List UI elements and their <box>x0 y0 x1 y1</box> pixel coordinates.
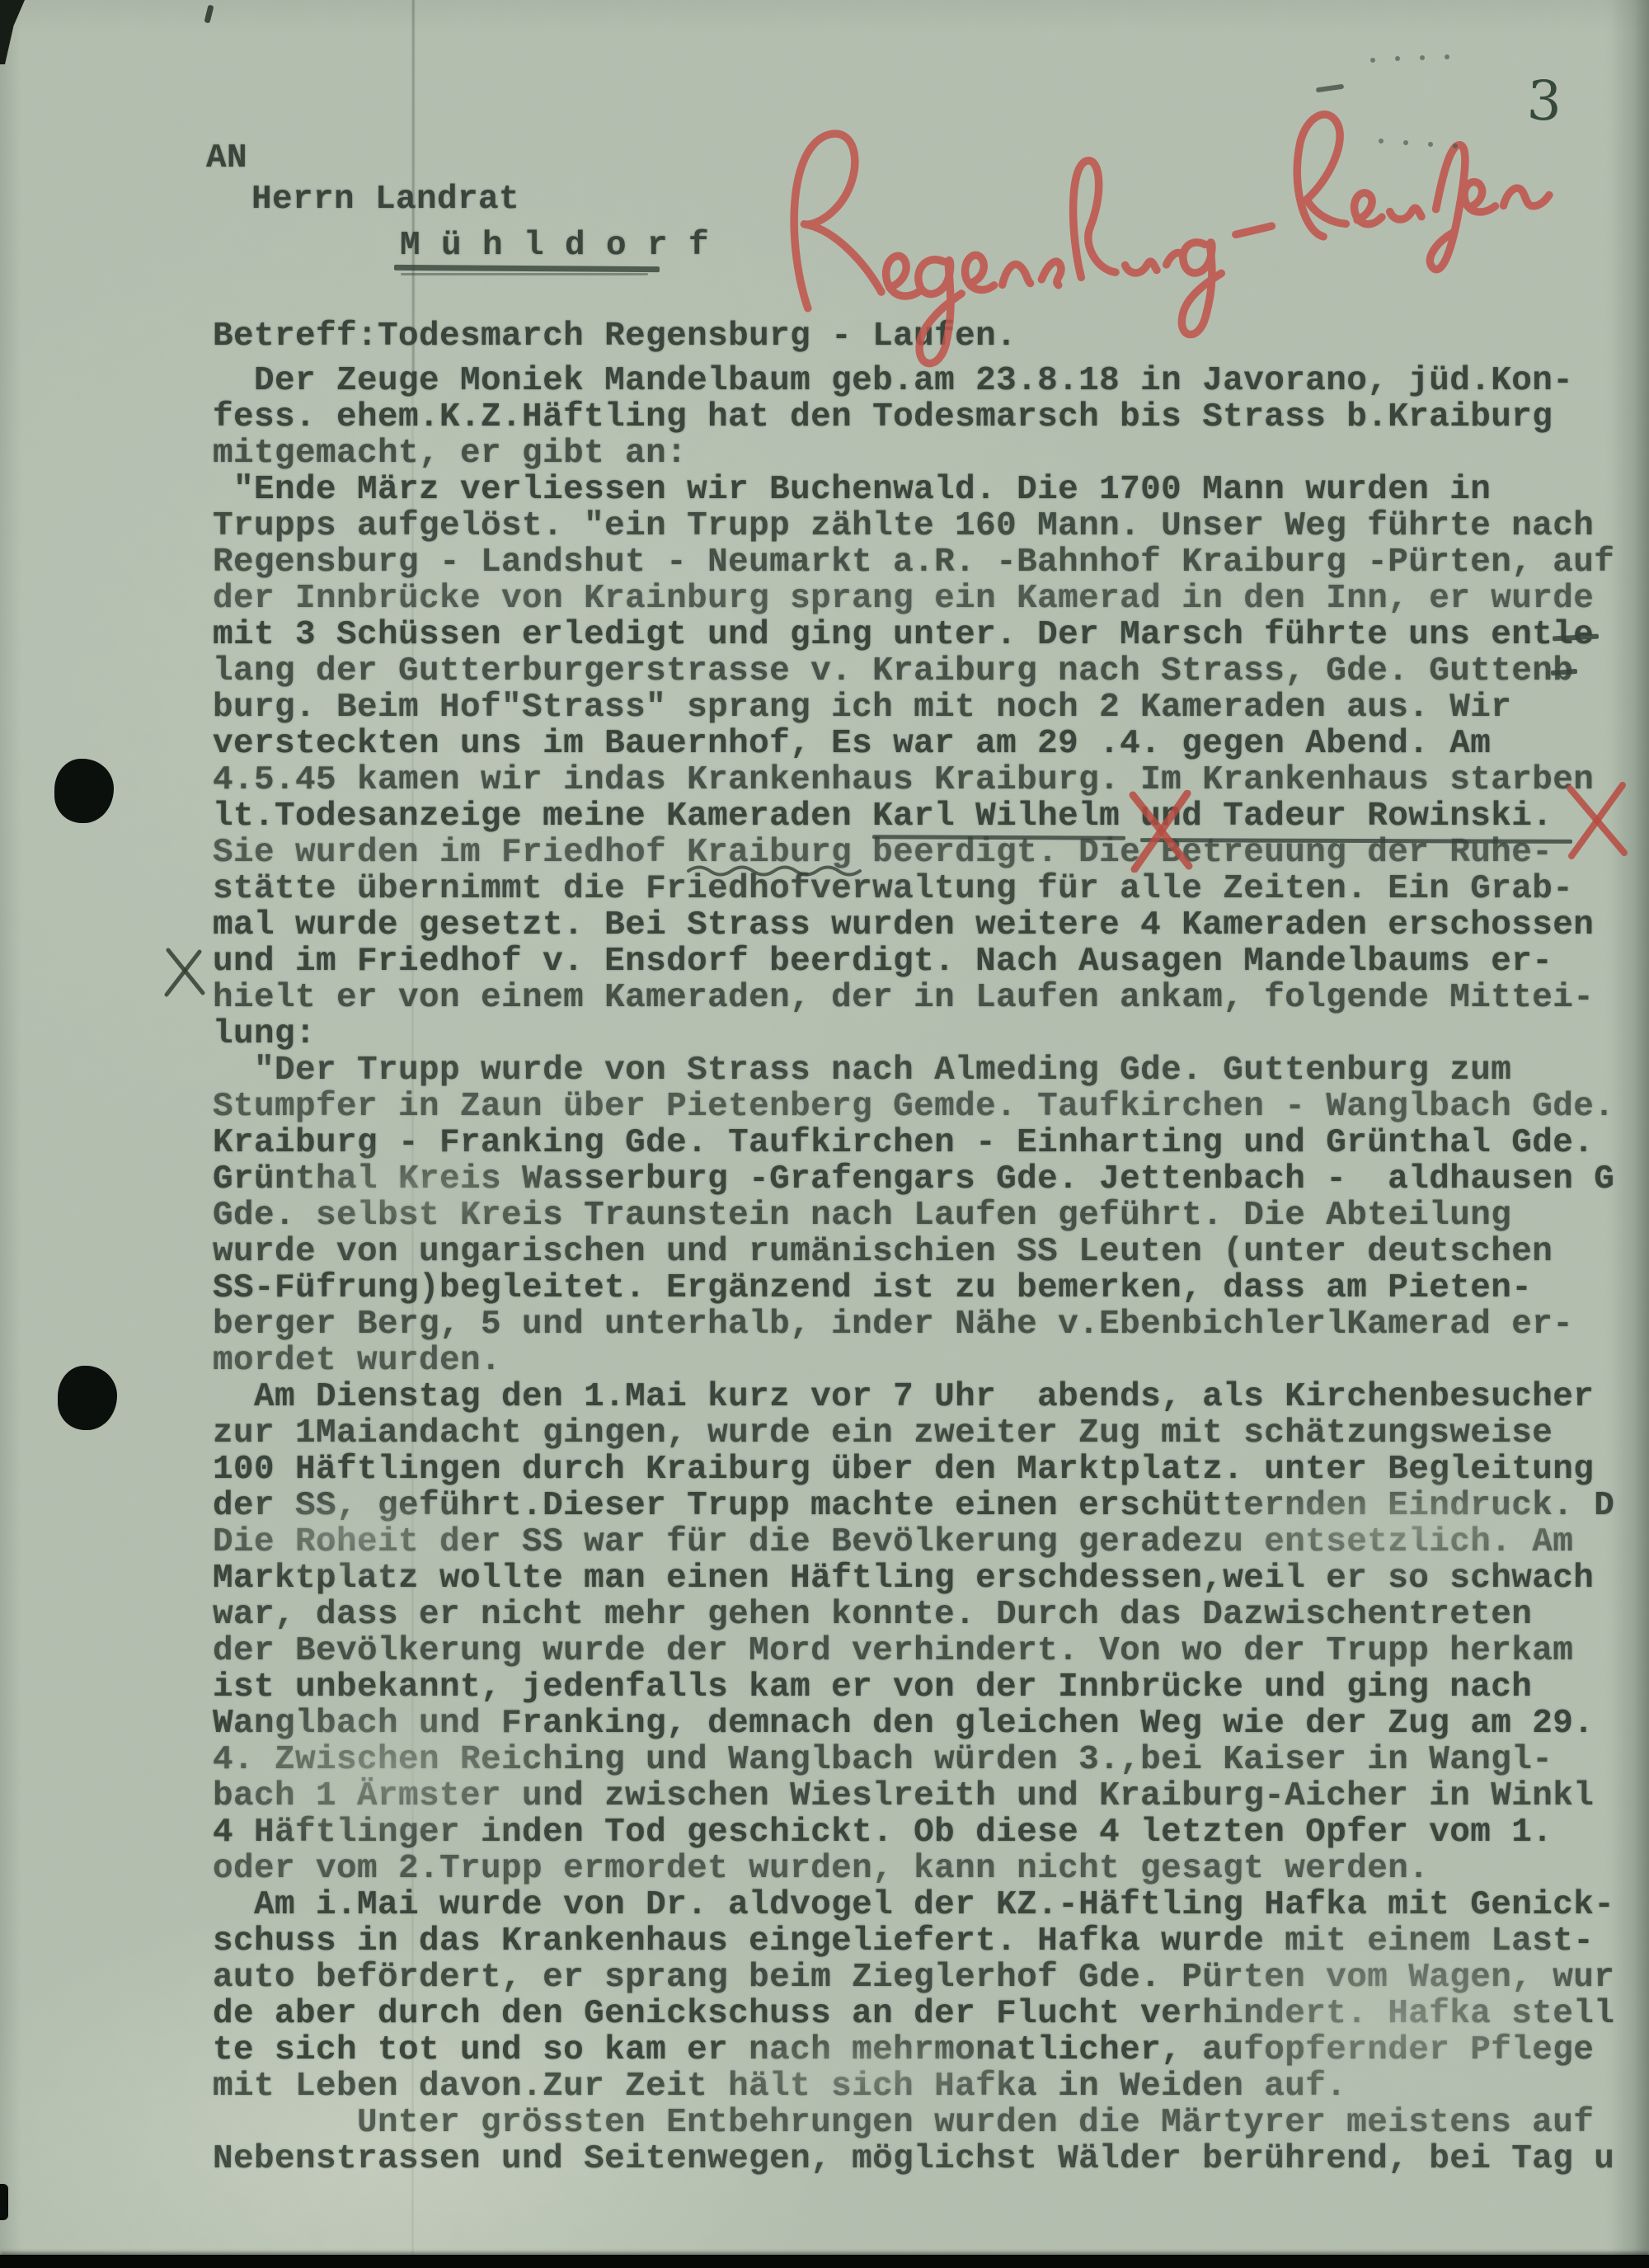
city-underline-2 <box>401 273 648 275</box>
city-line: M ü h l d o r f <box>400 228 709 264</box>
text-line: 100 Häftlingen durch Kraiburg über den M… <box>213 1452 1614 1488</box>
city-underline <box>394 265 660 272</box>
text-line: hielt er von einem Kameraden, der in Lau… <box>213 980 1614 1016</box>
pencil-dot <box>1379 139 1384 144</box>
recipient-line: Herrn Landrat <box>251 181 519 218</box>
text-line: Grünthal Kreis Wasserburg -Grafengars Gd… <box>213 1161 1614 1198</box>
text-line: Unter grössten Entbehrungen wurden die M… <box>213 2105 1614 2141</box>
text-line: mit Leben davon.Zur Zeit hält sich Hafka… <box>213 2068 1614 2105</box>
document-page: AN Herrn Landrat M ü h l d o r f Betreff… <box>0 0 1649 2268</box>
text-line: mordet wurden. <box>213 1343 1614 1379</box>
text-line: Marktplatz wollte man einen Häftling ers… <box>213 1560 1614 1597</box>
typewritten-body: Der Zeuge Moniek Mandelbaum geb.am 23.8.… <box>213 363 1614 2177</box>
text-line: te sich tot und so kam er nach mehrmonat… <box>213 2032 1614 2068</box>
text-line: 4 Häftlinger inden Tod geschickt. Ob die… <box>213 1814 1614 1851</box>
text-line: schuss in das Krankenhaus eingeliefert. … <box>213 1923 1614 1960</box>
text-line: der Innbrücke von Krainburg sprang ein K… <box>213 581 1614 617</box>
text-line: mitgemacht, er gibt an: <box>213 435 1614 472</box>
pencil-dot <box>1428 142 1433 147</box>
text-line: de aber durch den Genickschuss an der Fl… <box>213 1996 1614 2032</box>
red-x-mark <box>1126 790 1197 873</box>
text-line: Regensburg - Landshut - Neumarkt a.R. -B… <box>213 544 1614 581</box>
punch-hole <box>58 1366 117 1430</box>
text-line: und im Friedhof v. Ensdorf beerdigt. Nac… <box>213 943 1614 980</box>
scan-bottom-bar <box>0 2255 1649 2268</box>
underline-kraiburg-wavy <box>687 863 862 879</box>
text-line: "Ende März verliessen wir Buchenwald. Di… <box>213 472 1614 508</box>
text-line: "Der Trupp wurde von Strass nach Almedin… <box>213 1052 1614 1089</box>
text-line: SS-Füfrung)begleitet. Ergänzend ist zu b… <box>213 1270 1614 1306</box>
text-line: 4.5.45 kamen wir indas Krankenhaus Kraib… <box>213 762 1614 798</box>
text-line: auto befördert, er sprang beim Zieglerho… <box>213 1960 1614 1996</box>
text-line: Am i.Mai wurde von Dr. aldvogel der KZ.-… <box>213 1887 1614 1923</box>
stray-ink-tick <box>204 4 214 23</box>
text-line: Nebenstrassen und Seitenwegen, möglichst… <box>213 2141 1614 2177</box>
pencil-dot <box>1453 144 1458 148</box>
text-line: mit 3 Schüssen erledigt und ging unter. … <box>213 617 1614 653</box>
red-x-mark <box>1565 782 1631 859</box>
text-line: 4. Zwischen Reiching und Wanglbach würde… <box>213 1742 1614 1778</box>
text-line: burg. Beim Hof"Strass" sprang ich mit no… <box>213 689 1614 726</box>
margin-x-mark <box>162 947 209 998</box>
text-line: stätte übernimmt die Friedhofverwaltung … <box>213 871 1614 907</box>
salutation: AN <box>206 140 247 176</box>
text-line: Stumpfer in Zaun über Pietenberg Gemde. … <box>213 1089 1614 1125</box>
page-number: 3 <box>1526 68 1563 133</box>
pencil-dot <box>1403 140 1408 145</box>
text-line: mal wurde gesetzt. Bei Strass wurden wei… <box>213 907 1614 943</box>
pencil-dot <box>1445 54 1449 59</box>
text-line: oder vom 2.Trupp ermordet wurden, kann n… <box>213 1851 1614 1887</box>
text-line: Wanglbach und Franking, demnach den glei… <box>213 1706 1614 1742</box>
text-line: Trupps aufgelöst. "ein Trupp zählte 160 … <box>213 508 1614 544</box>
text-line: versteckten uns im Bauernhof, Es war am … <box>213 726 1614 762</box>
pencil-dot <box>1370 58 1375 63</box>
text-line: Kraiburg - Franking Gde. Taufkirchen - E… <box>213 1125 1614 1161</box>
edge-notch-artifact <box>0 2184 8 2220</box>
text-line: Gde. selbst Kreis Traunstein nach Laufen… <box>213 1198 1614 1234</box>
text-line: ist unbekannt, jedenfalls kam er von der… <box>213 1669 1614 1706</box>
text-line: Die Roheit der SS war für die Bevölkerun… <box>213 1524 1614 1560</box>
text-line: Am Dienstag den 1.Mai kurz vor 7 Uhr abe… <box>213 1379 1614 1415</box>
text-line: lang der Gutterburgerstrasse v. Kraiburg… <box>213 653 1614 689</box>
text-line: wurde von ungarischen und rumänischien S… <box>213 1234 1614 1270</box>
text-line: der SS, geführt.Dieser Trupp machte eine… <box>213 1488 1614 1524</box>
text-line: der Bevölkerung wurde der Mord verhinder… <box>213 1633 1614 1669</box>
text-line: fess. ehem.K.Z.Häftling hat den Todesmar… <box>213 399 1614 435</box>
text-line: war, dass er nicht mehr gehen konnte. Du… <box>213 1597 1614 1633</box>
pencil-dot <box>1395 56 1400 61</box>
text-line: zur 1Maiandacht gingen, wurde ein zweite… <box>213 1415 1614 1452</box>
pencil-dot <box>1420 55 1425 60</box>
text-line: lt.Todesanzeige meine Kameraden Karl Wil… <box>213 798 1614 835</box>
text-line: berger Berg, 5 und unterhalb, inder Nähe… <box>213 1306 1614 1343</box>
text-line: bach 1 Ärmster und zwischen Wieslreith u… <box>213 1778 1614 1814</box>
handwriting-regensburg-laufen <box>726 25 1641 388</box>
punch-hole <box>54 759 114 823</box>
corner-scan-artifact <box>0 0 25 64</box>
text-line: lung: <box>213 1016 1614 1052</box>
